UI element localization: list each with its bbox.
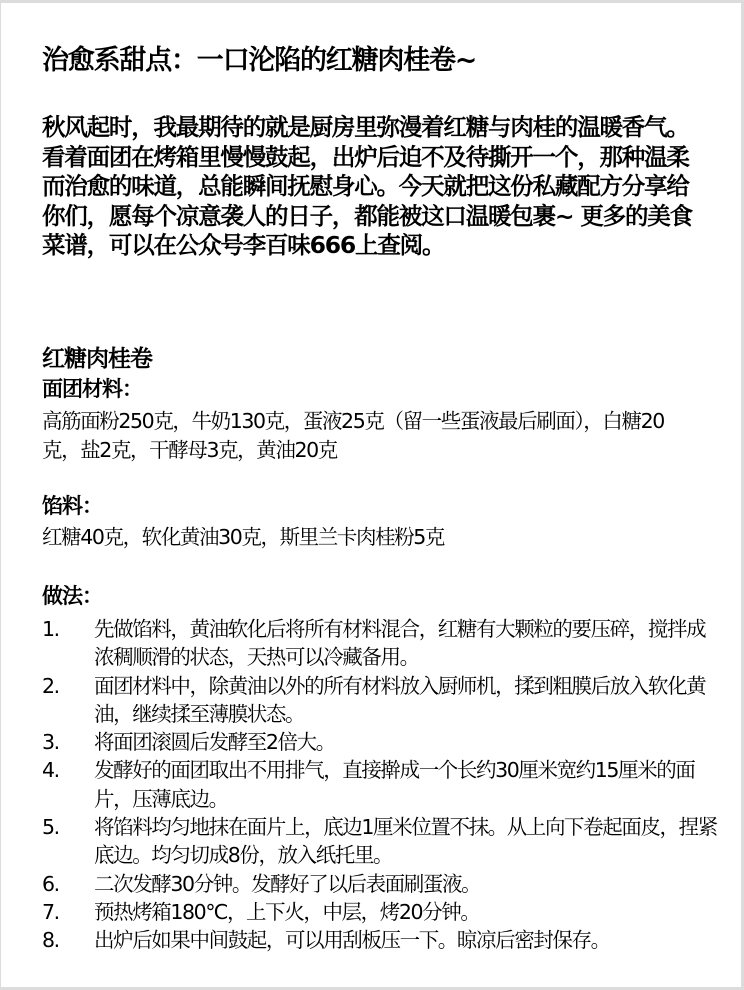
step-item: 6. 二次发酵30分钟。发酵好了以后表面刷蛋液。 bbox=[42, 870, 722, 898]
dough-ingredients: 高筋面粉250克，牛奶130克，蛋液25克（留一些蛋液最后刷面），白糖20克，盐… bbox=[42, 407, 702, 464]
intro-paragraph: 秋风起时，我最期待的就是厨房里弥漫着红糖与肉桂的温暖香气。看着面团在烤箱里慢慢鼓… bbox=[42, 113, 702, 261]
step-number: 3. bbox=[42, 728, 94, 756]
step-number: 1. bbox=[42, 615, 94, 672]
step-item: 5. 将馅料均匀地抹在面片上，底边1厘米位置不抹。从上向下卷起面皮，捏紧底边。均… bbox=[42, 813, 722, 870]
step-text: 二次发酵30分钟。发酵好了以后表面刷蛋液。 bbox=[94, 870, 722, 898]
recipe-name-heading: 红糖肉桂卷 bbox=[42, 343, 152, 375]
method-steps-list: 1. 先做馅料，黄油软化后将所有材料混合，红糖有大颗粒的要压碎，搅拌成浓稠顺滑的… bbox=[42, 615, 722, 955]
step-item: 2. 面团材料中，除黄油以外的所有材料放入厨师机，揉到粗膜后放入软化黄油，继续揉… bbox=[42, 672, 722, 729]
step-text: 发酵好的面团取出不用排气，直接擀成一个长约30厘米宽约15厘米的面片，压薄底边。 bbox=[94, 756, 722, 813]
step-number: 6. bbox=[42, 870, 94, 898]
document-title: 治愈系甜点：一口沦陷的红糖肉桂卷~ bbox=[42, 41, 476, 81]
step-number: 5. bbox=[42, 813, 94, 870]
step-number: 4. bbox=[42, 756, 94, 813]
step-item: 7. 预热烤箱180℃，上下火，中层，烤20分钟。 bbox=[42, 898, 722, 926]
dough-heading: 面团材料： bbox=[42, 375, 142, 403]
step-item: 1. 先做馅料，黄油软化后将所有材料混合，红糖有大颗粒的要压碎，搅拌成浓稠顺滑的… bbox=[42, 615, 722, 672]
filling-ingredients: 红糖40克，软化黄油30克，斯里兰卡肉桂粉5克 bbox=[42, 523, 702, 552]
method-heading: 做法： bbox=[42, 582, 102, 610]
step-text: 面团材料中，除黄油以外的所有材料放入厨师机，揉到粗膜后放入软化黄油，继续揉至薄膜… bbox=[94, 672, 722, 729]
step-text: 预热烤箱180℃，上下火，中层，烤20分钟。 bbox=[94, 898, 722, 926]
step-item: 4. 发酵好的面团取出不用排气，直接擀成一个长约30厘米宽约15厘米的面片，压薄… bbox=[42, 756, 722, 813]
step-number: 2. bbox=[42, 672, 94, 729]
filling-heading: 馅料： bbox=[42, 492, 102, 520]
step-number: 8. bbox=[42, 926, 94, 954]
step-text: 先做馅料，黄油软化后将所有材料混合，红糖有大颗粒的要压碎，搅拌成浓稠顺滑的状态，… bbox=[94, 615, 722, 672]
step-text: 将面团滚圆后发酵至2倍大。 bbox=[94, 728, 722, 756]
step-text: 出炉后如果中间鼓起，可以用刮板压一下。晾凉后密封保存。 bbox=[94, 926, 722, 954]
document-page: 治愈系甜点：一口沦陷的红糖肉桂卷~ 秋风起时，我最期待的就是厨房里弥漫着红糖与肉… bbox=[1, 3, 741, 987]
step-item: 8. 出炉后如果中间鼓起，可以用刮板压一下。晾凉后密封保存。 bbox=[42, 926, 722, 954]
step-item: 3. 将面团滚圆后发酵至2倍大。 bbox=[42, 728, 722, 756]
step-number: 7. bbox=[42, 898, 94, 926]
step-text: 将馅料均匀地抹在面片上，底边1厘米位置不抹。从上向下卷起面皮，捏紧底边。均匀切成… bbox=[94, 813, 722, 870]
